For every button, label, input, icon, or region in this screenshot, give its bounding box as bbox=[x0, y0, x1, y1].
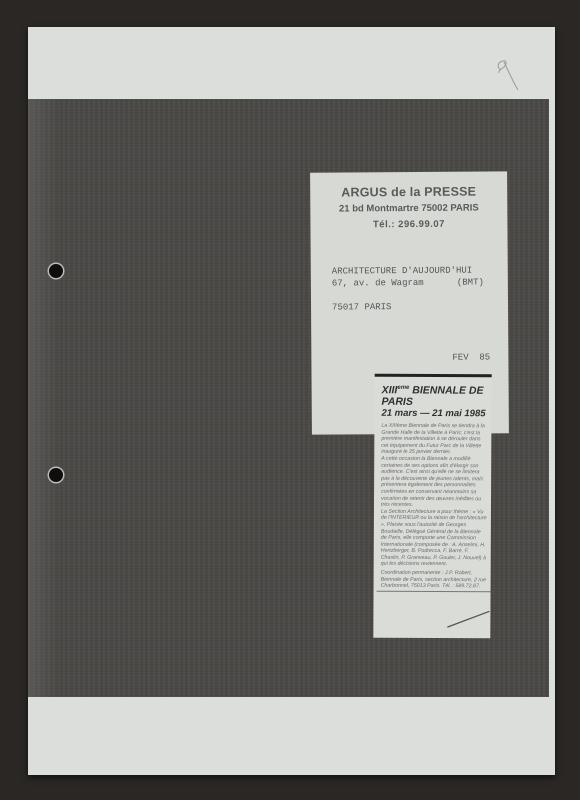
agency-name: ARGUS de la PRESSE bbox=[310, 184, 507, 199]
recipient-city: 75017 PARIS bbox=[332, 302, 391, 312]
recipient-code: (BMT) bbox=[457, 277, 484, 287]
clipping-paragraph: La Section Architecture a pour thème : «… bbox=[381, 508, 488, 568]
clipping-paragraph: La XIIIème Biennale de Paris se tiendra … bbox=[381, 423, 488, 457]
agency-phone: Tél.: 296.99.07 bbox=[310, 218, 507, 230]
clipping-dates: 21 mars — 21 mai 1985 bbox=[381, 408, 485, 420]
punch-hole-top bbox=[49, 264, 63, 278]
clipping-title: XIIIeme BIENNALE DE PARIS bbox=[382, 383, 488, 408]
clipping-paragraph: Coordination permanente : J.P. Robert, B… bbox=[381, 570, 488, 590]
newspaper-clipping: XIIIeme BIENNALE DE PARIS 21 mars — 21 m… bbox=[373, 374, 491, 639]
date-stamp: FEV 85 bbox=[452, 352, 490, 362]
pen-slash-mark bbox=[445, 609, 491, 629]
agency-address: 21 bd Montmartre 75002 PARIS bbox=[310, 202, 507, 214]
clipping-body: La XIIIème Biennale de Paris se tiendra … bbox=[381, 423, 489, 590]
punch-hole-bottom bbox=[49, 468, 63, 482]
handwritten-page-number-mark bbox=[493, 58, 523, 92]
recipient-line-2: 67, av. de Wagram bbox=[332, 278, 424, 289]
clipping-paragraph: A cette occasion la Biennale a modifié c… bbox=[381, 456, 488, 509]
clipping-divider bbox=[377, 591, 491, 593]
recipient-line-1: ARCHITECTURE D'AUJOURD'HUI bbox=[332, 266, 473, 277]
